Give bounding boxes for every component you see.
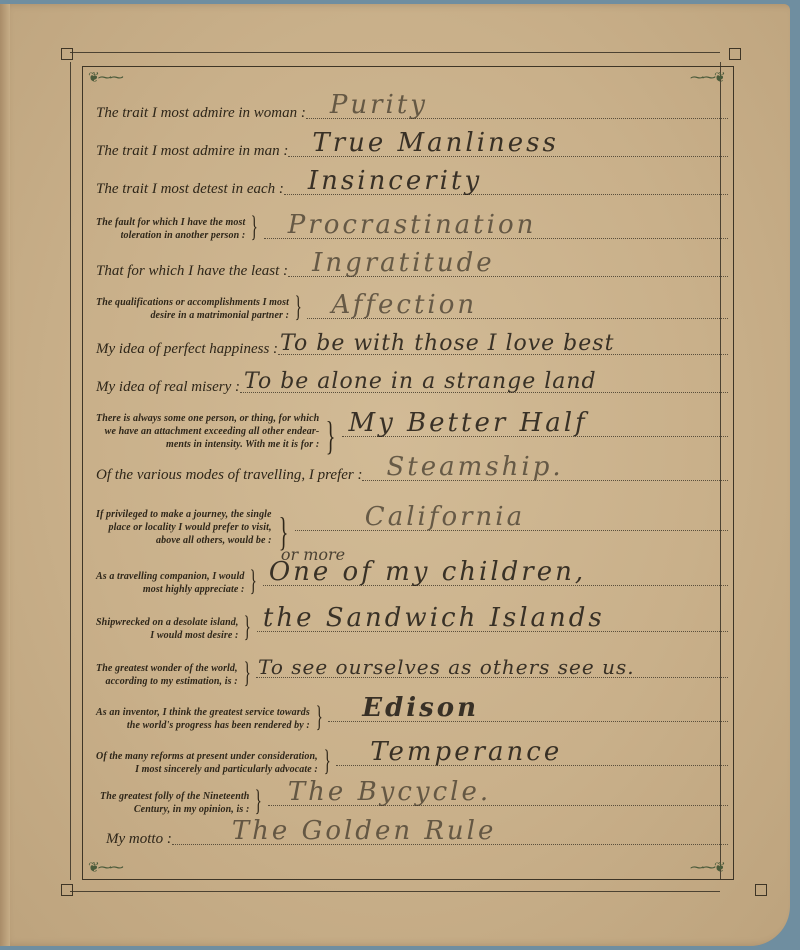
entry-travel-companion: As a travelling companion, I wouldmost h… bbox=[96, 566, 728, 596]
answer-field: To be with those I love best bbox=[278, 336, 728, 355]
handwritten-answer: the Sandwich Islands bbox=[263, 603, 605, 633]
prompt: If privileged to make a journey, the sin… bbox=[96, 508, 272, 547]
entry-perfect-happiness: My idea of perfect happiness : To be wit… bbox=[96, 336, 728, 358]
page-spine bbox=[0, 4, 10, 946]
entry-reform: Of the many reforms at present under con… bbox=[96, 746, 728, 776]
answer-field: To see ourselves as others see us. bbox=[256, 659, 728, 678]
entry-motto: My motto : The Golden Rule bbox=[106, 826, 728, 848]
prompt: The greatest wonder of the world,accordi… bbox=[96, 662, 238, 688]
corner-ornament-icon bbox=[61, 48, 73, 60]
prompt: Of the many reforms at present under con… bbox=[96, 750, 318, 776]
brace-icon: } bbox=[278, 517, 288, 547]
entry-travel-mode: Of the various modes of travelling, I pr… bbox=[96, 462, 728, 484]
entry-nineteenth-century-folly: The greatest folly of the NineteenthCent… bbox=[100, 786, 728, 816]
handwritten-answer: Temperance bbox=[370, 737, 562, 767]
handwritten-answer: To be alone in a strange land bbox=[244, 369, 597, 394]
handwritten-answer: Steamship. bbox=[386, 452, 563, 482]
entry-shipwrecked: Shipwrecked on a desolate island,I would… bbox=[96, 612, 728, 642]
brace-icon: } bbox=[323, 746, 330, 776]
answer-field: True Manliness bbox=[288, 138, 728, 157]
answer-field: or more One of my children, bbox=[263, 567, 728, 586]
handwritten-answer: One of my children, bbox=[269, 557, 586, 587]
answer-field: Ingratitude bbox=[288, 258, 728, 277]
entry-greatest-wonder: The greatest wonder of the world,accordi… bbox=[96, 658, 728, 688]
prompt: That for which I have the least : bbox=[96, 263, 288, 280]
entry-trait-admire-man: The trait I most admire in man : True Ma… bbox=[96, 138, 728, 160]
handwritten-answer: To see ourselves as others see us. bbox=[258, 655, 635, 679]
prompt: As a travelling companion, I wouldmost h… bbox=[96, 570, 244, 596]
handwritten-answer: Procrastination bbox=[288, 210, 537, 240]
leaf-sprig-icon: ❦⁓⁓ bbox=[88, 860, 122, 876]
brace-icon: } bbox=[315, 702, 322, 732]
brace-icon: } bbox=[244, 612, 251, 642]
prompt: The fault for which I have the mosttoler… bbox=[96, 216, 245, 242]
answer-field: Procrastination bbox=[264, 220, 728, 239]
answer-field: Steamship. bbox=[362, 462, 728, 481]
prompt: The qualifications or accomplishments I … bbox=[96, 296, 289, 322]
entry-inventor: As an inventor, I think the greatest ser… bbox=[96, 702, 728, 732]
prompt: Shipwrecked on a desolate island,I would… bbox=[96, 616, 238, 642]
brace-icon: } bbox=[250, 566, 257, 596]
answer-field: Purity bbox=[306, 100, 728, 119]
answer-field: My Better Half bbox=[342, 418, 728, 437]
handwritten-answer: Affection bbox=[331, 290, 477, 320]
prompt: My idea of perfect happiness : bbox=[96, 341, 278, 358]
answer-field: the Sandwich Islands bbox=[257, 613, 728, 632]
leaf-sprig-icon: ⁓⁓❦ bbox=[690, 860, 724, 876]
answer-field: The Bycycle. bbox=[268, 787, 728, 806]
brace-icon: } bbox=[255, 786, 262, 816]
entry-least-toleration: That for which I have the least : Ingrat… bbox=[96, 258, 728, 280]
brace-icon: } bbox=[243, 658, 250, 688]
answer-field: Temperance bbox=[336, 747, 728, 766]
handwritten-answer: Insincerity bbox=[308, 166, 482, 196]
brace-icon: } bbox=[295, 292, 302, 322]
handwritten-answer: My Better Half bbox=[348, 408, 587, 438]
corner-ornament-icon bbox=[755, 884, 767, 896]
corner-ornament-icon bbox=[61, 884, 73, 896]
handwritten-answer: Purity bbox=[330, 90, 428, 120]
prompt: The greatest folly of the NineteenthCent… bbox=[100, 790, 249, 816]
answer-field: Insincerity bbox=[284, 176, 728, 195]
entry-attachment: There is always some one person, or thin… bbox=[96, 412, 728, 451]
prompt: There is always some one person, or thin… bbox=[96, 412, 319, 451]
entry-fault-toleration: The fault for which I have the mosttoler… bbox=[96, 212, 728, 242]
corner-ornament-icon bbox=[729, 48, 741, 60]
handwritten-answer: The Bycycle. bbox=[288, 777, 491, 807]
brace-icon: } bbox=[326, 421, 336, 451]
prompt: The trait I most admire in man : bbox=[96, 143, 288, 160]
prompt: My motto : bbox=[106, 831, 172, 848]
outer-border-left bbox=[70, 62, 71, 880]
leaf-sprig-icon: ❦⁓⁓ bbox=[88, 70, 122, 86]
handwritten-answer: California bbox=[365, 502, 525, 532]
prompt: The trait I most detest in each : bbox=[96, 181, 284, 198]
entry-journey-destination: If privileged to make a journey, the sin… bbox=[96, 508, 728, 547]
entry-trait-detest: The trait I most detest in each : Insinc… bbox=[96, 176, 728, 198]
answer-field: California bbox=[295, 512, 728, 531]
handwritten-answer: To be with those I love best bbox=[280, 331, 614, 356]
prompt: My idea of real misery : bbox=[96, 379, 240, 396]
answer-field: Affection bbox=[307, 300, 728, 319]
prompt: As an inventor, I think the greatest ser… bbox=[96, 706, 310, 732]
handwritten-answer: True Manliness bbox=[312, 128, 558, 158]
handwritten-answer: The Golden Rule bbox=[232, 816, 497, 846]
answer-field: To be alone in a strange land bbox=[240, 374, 728, 393]
answer-field: The Golden Rule bbox=[172, 826, 728, 845]
brace-icon: } bbox=[251, 212, 258, 242]
handwritten-answer: Edison bbox=[362, 693, 479, 723]
handwritten-answer: Ingratitude bbox=[312, 248, 495, 278]
entry-trait-admire-woman: The trait I most admire in woman : Purit… bbox=[96, 100, 728, 122]
prompt: Of the various modes of travelling, I pr… bbox=[96, 467, 362, 484]
leaf-sprig-icon: ⁓⁓❦ bbox=[690, 70, 724, 86]
answer-field: Edison bbox=[328, 703, 728, 722]
entry-real-misery: My idea of real misery : To be alone in … bbox=[96, 374, 728, 396]
entry-matrimonial-partner: The qualifications or accomplishments I … bbox=[96, 292, 728, 322]
prompt: The trait I most admire in woman : bbox=[96, 105, 306, 122]
